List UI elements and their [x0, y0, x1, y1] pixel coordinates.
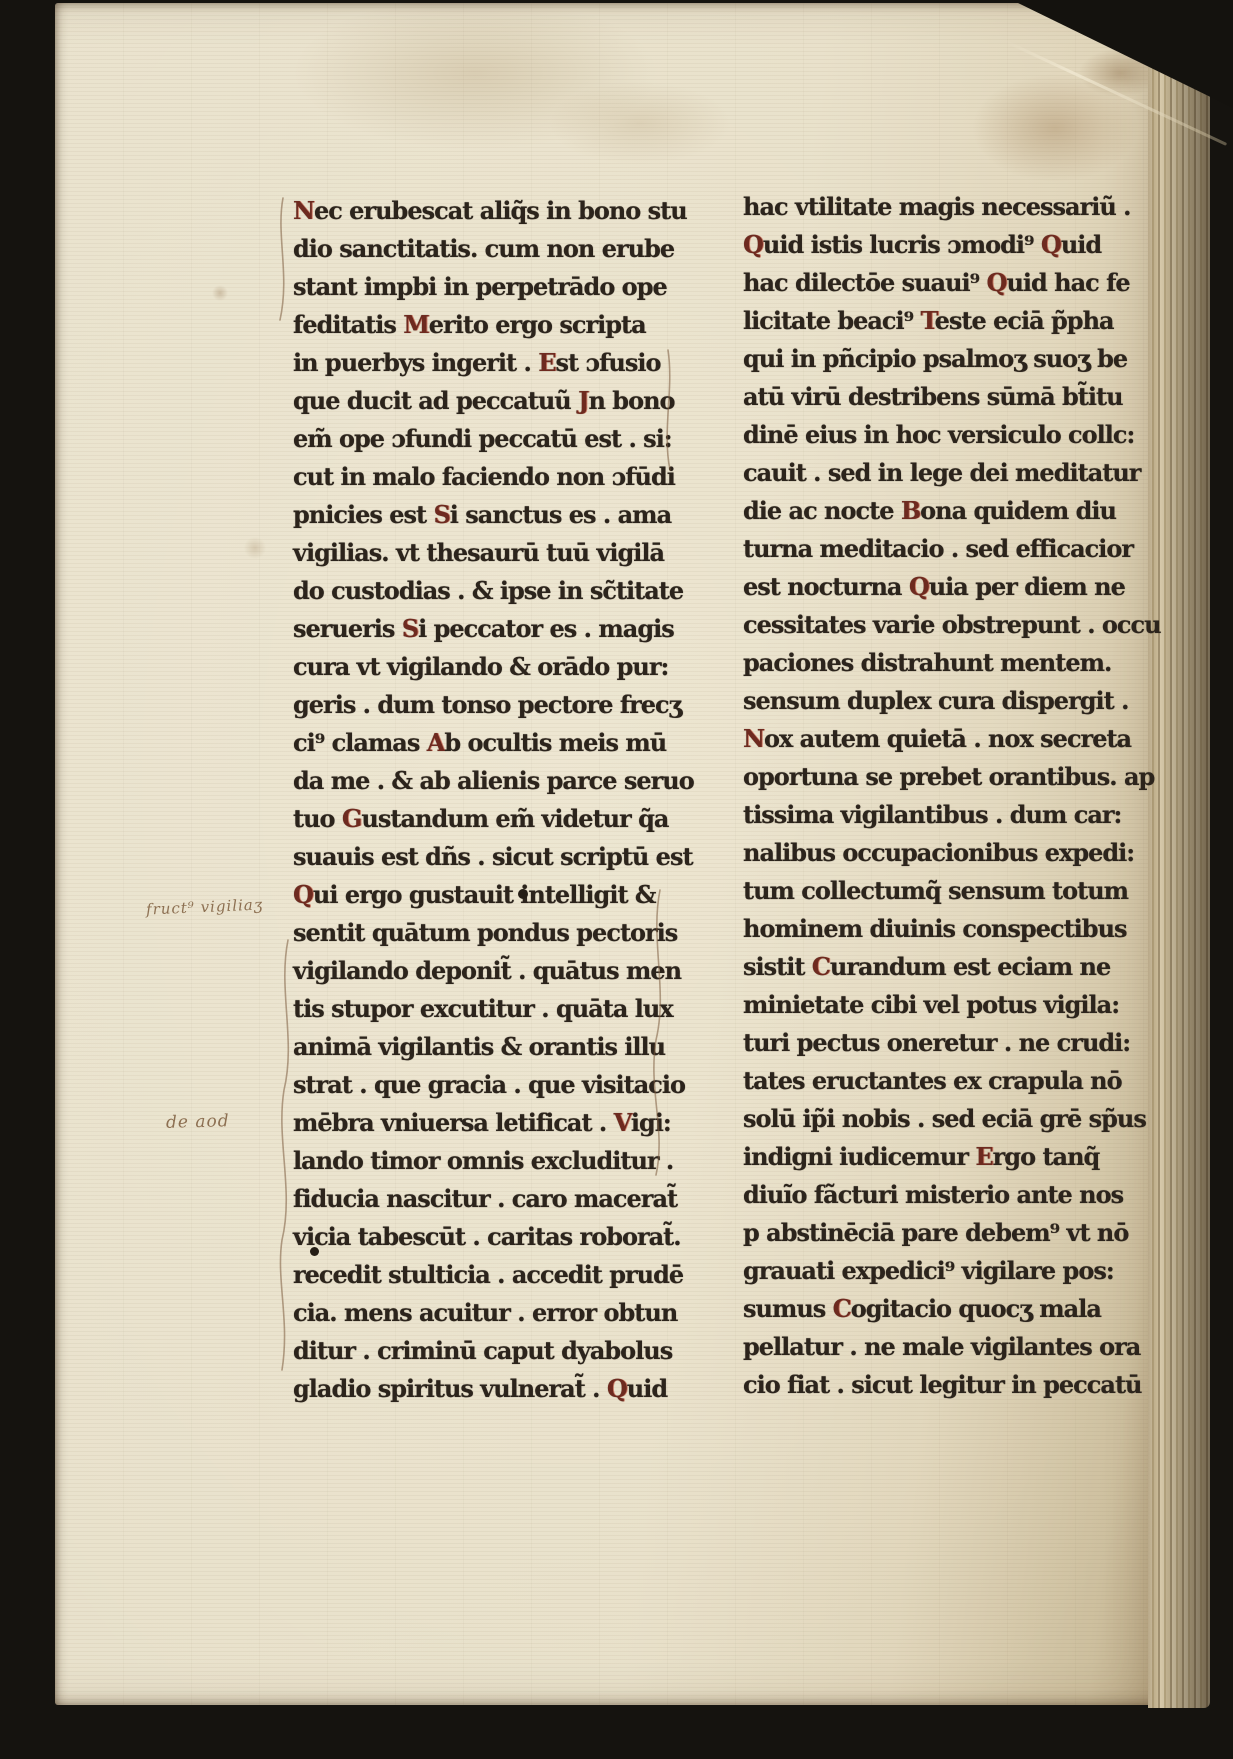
- text-line: diuĩo fãcturi misterio ante nos: [743, 1176, 1115, 1214]
- text-line: mēbra vniuersa letificat . Vigi:: [293, 1104, 665, 1142]
- text-line: cura vt vigilando & orādo pur:: [293, 648, 665, 686]
- text-line: Qui ergo gustauit intelligit &: [293, 876, 665, 914]
- rubricated-initial: S: [433, 500, 449, 529]
- text-line: tis stupor excutitur . quāta lux: [293, 990, 665, 1028]
- text-line: p abstinēciā pare debem⁹ vt nō: [743, 1214, 1115, 1252]
- photographed-book-page: { "colors": { "background": "#15130f", "…: [0, 0, 1233, 1759]
- text-line: que ducit ad peccatuũ Jn bono: [293, 382, 665, 420]
- text-line: em̃ ope ɔfundi peccatū est . si:: [293, 420, 665, 458]
- text-column-left: Nec erubescat aliq̃s in bono studio sanc…: [293, 192, 665, 1408]
- rubricated-initial: G: [342, 804, 362, 833]
- text-line: da me . & ab alienis parce seruo: [293, 762, 665, 800]
- text-line: lando timor omnis excluditur .: [293, 1142, 665, 1180]
- text-line: Nec erubescat aliq̃s in bono stu: [293, 192, 665, 230]
- rubricated-initial: Q: [1041, 230, 1061, 259]
- text-line: fiducia nascitur . caro macerat̃: [293, 1180, 665, 1218]
- text-line: qui in pñcipio psalmoʒ suoʒ be: [743, 340, 1115, 378]
- text-line: est nocturna Quia per diem ne: [743, 568, 1115, 606]
- text-line: pellatur . ne male vigilantes ora: [743, 1328, 1115, 1366]
- text-line: turi pectus oneretur . ne crudi:: [743, 1024, 1115, 1062]
- text-line: turna meditacio . sed efficacior: [743, 530, 1115, 568]
- rubricated-initial: M: [403, 310, 429, 339]
- text-line: vigilando deponit̃ . quātus men: [293, 952, 665, 990]
- text-line: Nox autem quietā . nox secreta: [743, 720, 1115, 758]
- rubricated-initial: J: [578, 386, 588, 415]
- text-line: nalibus occupacionibus expedi:: [743, 834, 1115, 872]
- rubricated-initial: B: [901, 496, 920, 525]
- rubricated-initial: C: [833, 1294, 851, 1323]
- text-line: stant impbi in perpetrādo ope: [293, 268, 665, 306]
- rubricated-initial: E: [538, 348, 555, 377]
- text-line: Quid istis lucris ɔmodi⁹ Quid: [743, 226, 1115, 264]
- text-line: tates eructantes ex crapula nō: [743, 1062, 1115, 1100]
- text-line: solū ip̃i nobis . sed eciā grē sp̃us: [743, 1100, 1115, 1138]
- rubricated-initial: N: [743, 724, 764, 753]
- text-line: do custodias . & ipse in sc̃titate: [293, 572, 665, 610]
- text-line: tuo Gustandum em̃ videtur q̃a: [293, 800, 665, 838]
- text-line: sumus Cogitacio quocʒ mala: [743, 1290, 1115, 1328]
- text-line: dinē eius in hoc versiculo collc:: [743, 416, 1115, 454]
- rubricated-initial: C: [812, 952, 830, 981]
- text-line: sentit quātum pondus pectoris: [293, 914, 665, 952]
- rubricated-initial: E: [975, 1142, 992, 1171]
- text-line: hominem diuinis conspectibus: [743, 910, 1115, 948]
- text-line: cia. mens acuitur . error obtun: [293, 1294, 665, 1332]
- text-line: recedit stulticia . accedit prudē: [293, 1256, 665, 1294]
- text-line: atū virū destribens sūmā bt̃itu: [743, 378, 1115, 416]
- text-line: pnicies est Si sanctus es . ama: [293, 496, 665, 534]
- marginal-note-2: de aod: [166, 1111, 230, 1133]
- text-line: minietate cibi vel potus vigila:: [743, 986, 1115, 1024]
- text-line: cessitates varie obstrepunt . occu: [743, 606, 1115, 644]
- text-line: animā vigilantis & orantis illu: [293, 1028, 665, 1066]
- page-fore-edges: [1148, 42, 1210, 1708]
- text-line: die ac nocte Bona quidem diu: [743, 492, 1115, 530]
- text-line: suauis est dñs . sicut scriptū est: [293, 838, 665, 876]
- text-line: hac dilectōe suaui⁹ Quid hac fe: [743, 264, 1115, 302]
- text-line: indigni iudicemur Ergo tanq̃: [743, 1138, 1115, 1176]
- rubricated-initial: Q: [293, 880, 313, 909]
- rubricated-initial: T: [921, 306, 935, 335]
- ink-blot: [310, 1247, 319, 1256]
- text-line: cut in malo faciendo non ɔfūdi: [293, 458, 665, 496]
- rubricated-initial: Q: [743, 230, 763, 259]
- text-line: hac vtilitate magis necessariũ .: [743, 188, 1115, 226]
- text-line: sistit Curandum est eciam ne: [743, 948, 1115, 986]
- text-line: tum collectumq̃ sensum totum: [743, 872, 1115, 910]
- text-line: vigilias. vt thesaurū tuū vigilā: [293, 534, 665, 572]
- text-line: tissima vigilantibus . dum car:: [743, 796, 1115, 834]
- rubricated-initial: A: [427, 728, 445, 757]
- text-line: cio fiat . sicut legitur in peccatū: [743, 1366, 1115, 1404]
- rubricated-initial: N: [293, 196, 314, 225]
- text-line: vicia tabescūt . caritas roborat̃.: [293, 1218, 665, 1256]
- text-line: sensum duplex cura dispergit .: [743, 682, 1115, 720]
- text-line: oportuna se prebet orantibus. ap: [743, 758, 1115, 796]
- text-line: grauati expedici⁹ vigilare pos:: [743, 1252, 1115, 1290]
- rubricated-initial: S: [402, 614, 418, 643]
- text-line: strat . que gracia . que visitacio: [293, 1066, 665, 1104]
- text-line: geris . dum tonso pectore frecʒ: [293, 686, 665, 724]
- text-line: in puerbys ingerit . Est ɔfusio: [293, 344, 665, 382]
- text-line: feditatis Merito ergo scripta: [293, 306, 665, 344]
- text-line: cauit . sed in lege dei meditatur: [743, 454, 1115, 492]
- text-line: licitate beaci⁹ Teste eciā p̃pha: [743, 302, 1115, 340]
- rubricated-initial: V: [614, 1108, 631, 1137]
- text-line: ditur . criminū caput dyabolus: [293, 1332, 665, 1370]
- text-line: gladio spiritus vulnerat̃ . Quid: [293, 1370, 665, 1408]
- text-line: dio sanctitatis. cum non erube: [293, 230, 665, 268]
- text-line: serueris Si peccator es . magis: [293, 610, 665, 648]
- rubricated-initial: Q: [909, 572, 929, 601]
- text-line: ci⁹ clamas Ab ocultis meis mū: [293, 724, 665, 762]
- rubricated-initial: Q: [987, 268, 1007, 297]
- text-column-right: hac vtilitate magis necessariũ .Quid ist…: [743, 188, 1115, 1404]
- ink-blot: [518, 889, 528, 899]
- text-line: paciones distrahunt mentem.: [743, 644, 1115, 682]
- rubricated-initial: Q: [607, 1374, 627, 1403]
